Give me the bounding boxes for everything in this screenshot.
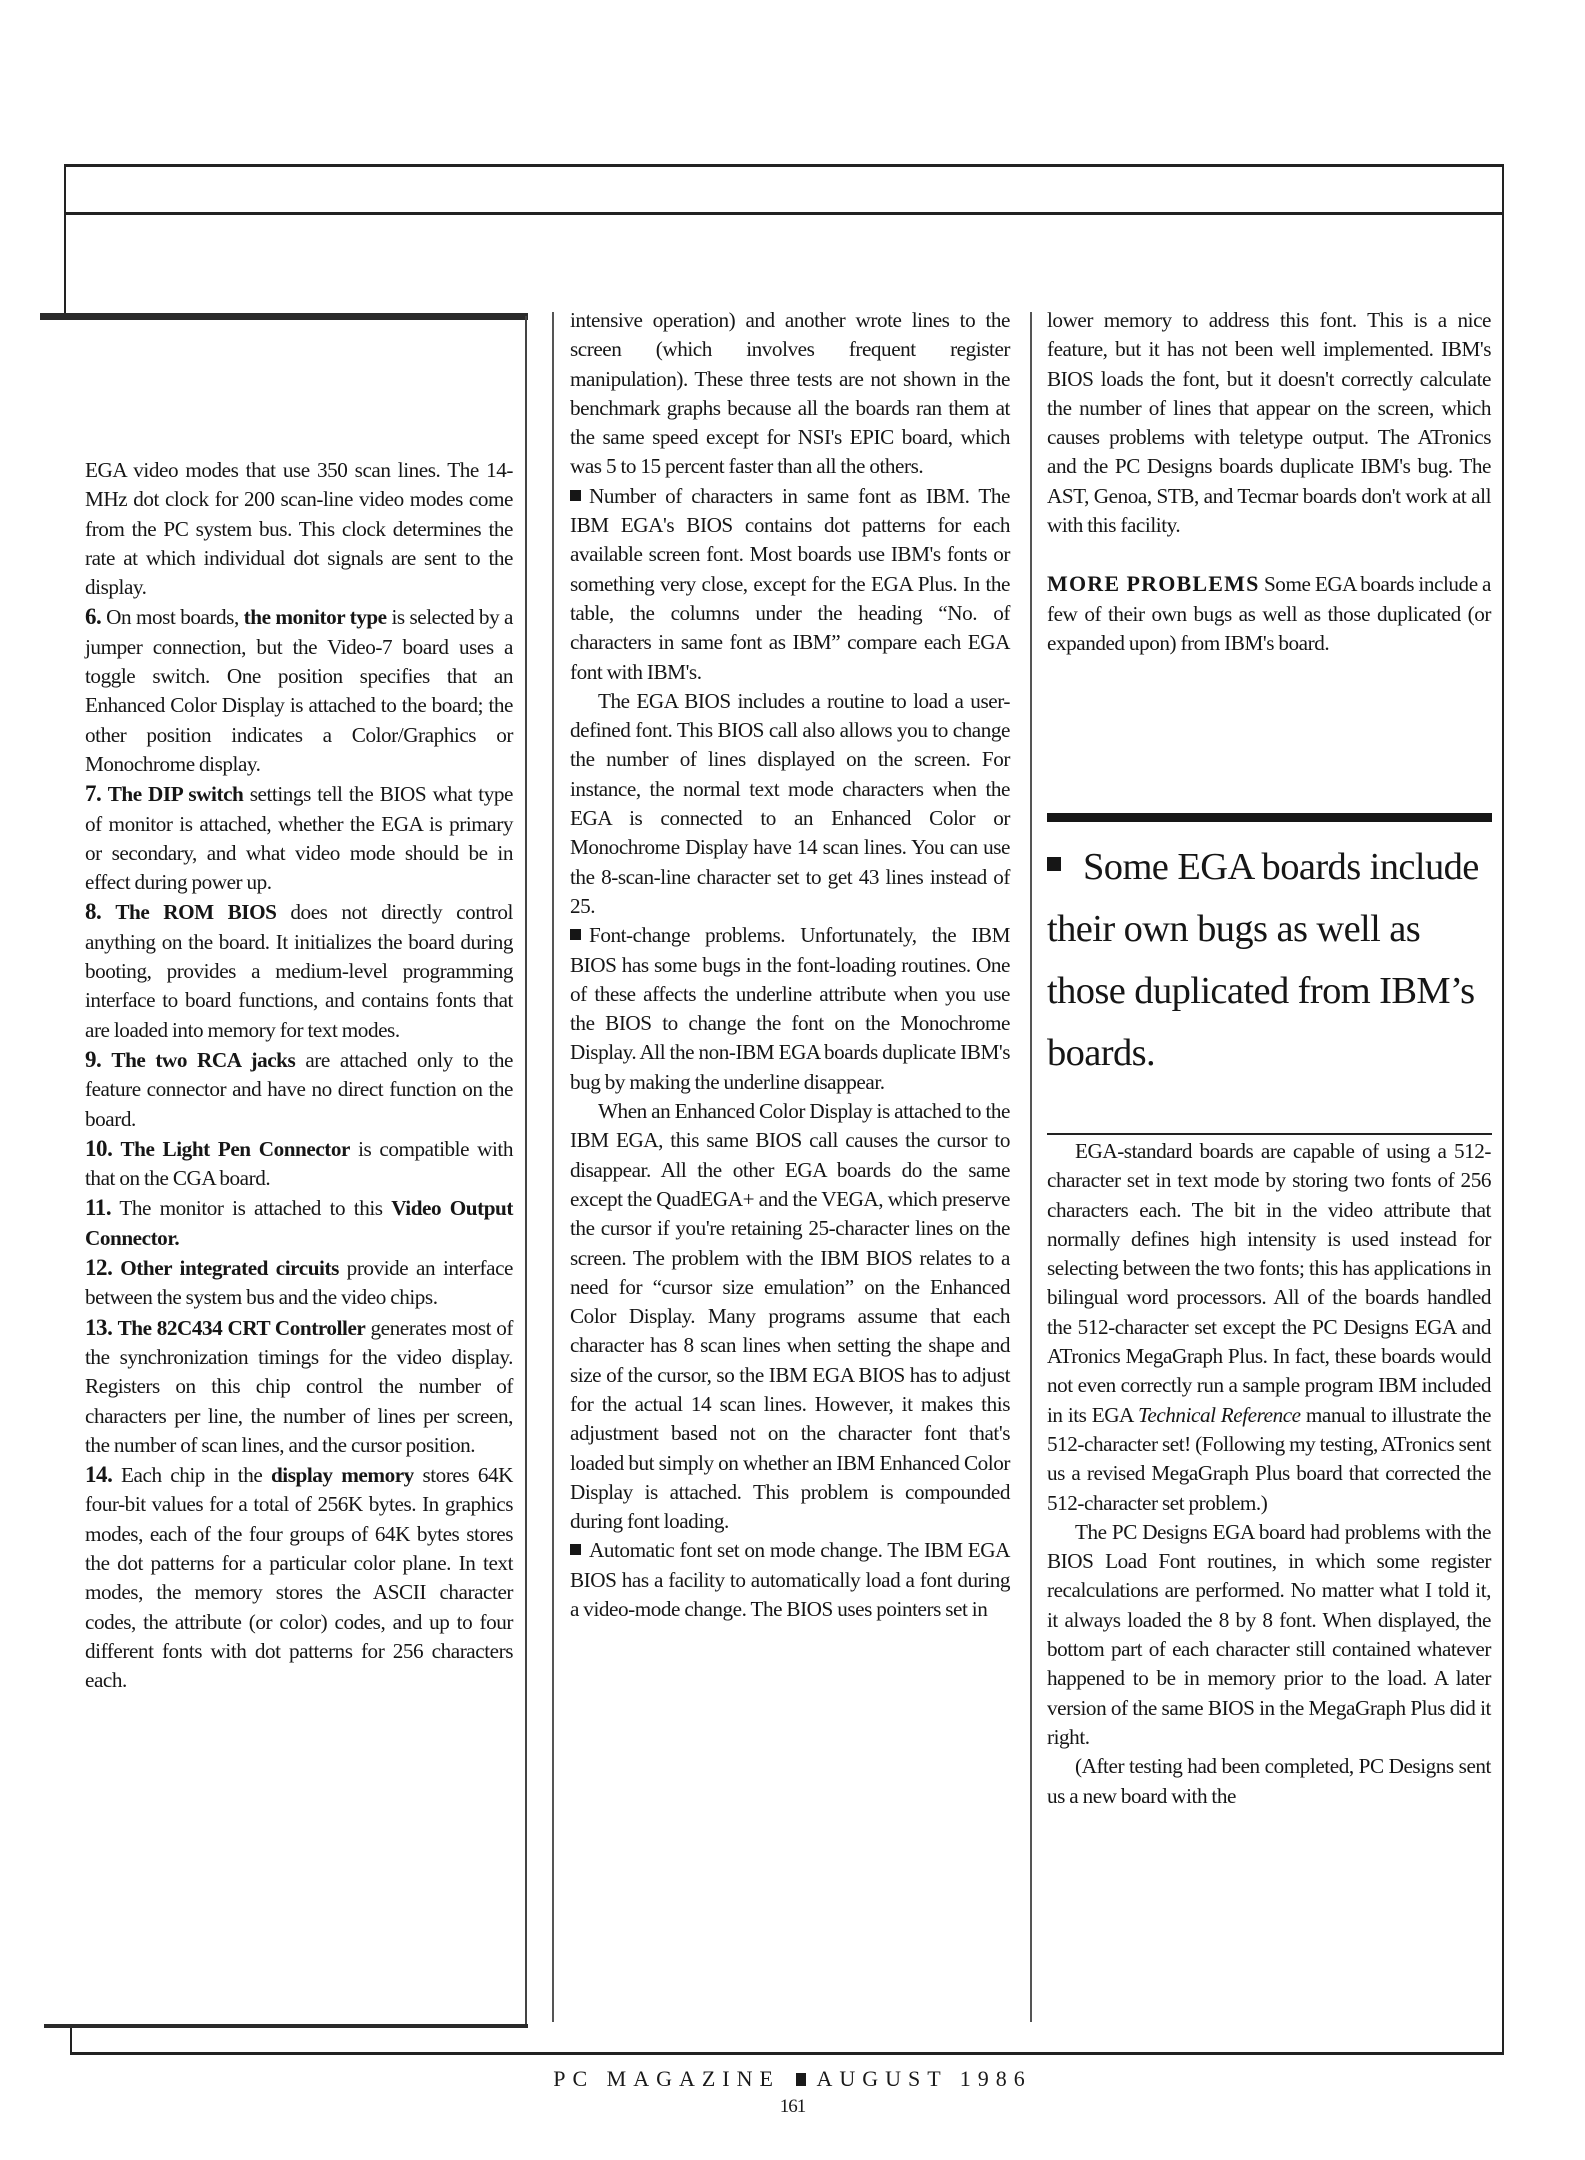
callout-term: The two RCA jacks — [111, 1048, 295, 1072]
section-paragraph: MORE PROBLEMS Some EGA boards include a … — [1047, 569, 1491, 658]
callout-item-12: 12. Other integrated circuits provide an… — [85, 1253, 513, 1313]
sidebar-callout-list: EGA video modes that use 350 scan lines.… — [85, 456, 513, 1695]
issue-date: AUGUST 1986 — [816, 2066, 1031, 2091]
column-divider-1 — [552, 312, 554, 2022]
section-subhead: MORE PROBLEMS — [1047, 571, 1260, 596]
paragraph: lower memory to address this font. This … — [1047, 306, 1491, 540]
article-column-2: intensive operation) and another wrote l… — [570, 306, 1010, 1624]
magazine-name: PC MAGAZINE — [553, 2066, 780, 2091]
callout-number: 6. — [85, 604, 101, 629]
paragraph: When an Enhanced Color Display is attach… — [570, 1097, 1010, 1536]
sidebar-intro: EGA video modes that use 350 scan lines.… — [85, 456, 513, 602]
sidebar-bottom-rule — [44, 2024, 528, 2028]
callout-term: The Light Pen Connector — [121, 1137, 351, 1161]
square-bullet-icon — [570, 929, 581, 940]
callout-item-14: 14. Each chip in the display memory stor… — [85, 1460, 513, 1695]
frame-left-rule — [64, 164, 66, 317]
frame-top-rule — [64, 164, 1504, 167]
callout-number: 12. — [85, 1255, 112, 1280]
frame-header-rule — [64, 212, 1504, 215]
square-bullet-icon — [570, 490, 581, 501]
frame-bottom-rule — [70, 2052, 1504, 2055]
callout-term: The DIP switch — [108, 782, 244, 806]
callout-item-9: 9. The two RCA jacks are attached only t… — [85, 1045, 513, 1134]
paragraph: (After testing had been completed, PC De… — [1047, 1752, 1491, 1811]
callout-number: 9. — [85, 1047, 101, 1072]
article-column-3-continued: EGA-standard boards are capable of using… — [1047, 1137, 1491, 1811]
paragraph: The EGA BIOS includes a routine to load … — [570, 687, 1010, 921]
square-bullet-icon — [1047, 857, 1061, 871]
callout-item-6: 6. On most boards, the monitor type is s… — [85, 602, 513, 779]
callout-number: 7. — [85, 781, 101, 806]
callout-item-7: 7. The DIP switch settings tell the BIOS… — [85, 779, 513, 897]
bullet-paragraph: Font-change problems. Unfortunately, the… — [570, 921, 1010, 1097]
callout-term: the monitor type — [244, 605, 387, 629]
paragraph: The PC Designs EGA board had problems wi… — [1047, 1518, 1491, 1752]
callout-number: 10. — [85, 1136, 112, 1161]
callout-term: The 82C434 CRT Controller — [118, 1316, 366, 1340]
square-bullet-icon — [570, 1544, 581, 1555]
callout-item-8: 8. The ROM BIOS does not directly contro… — [85, 897, 513, 1044]
sidebar-top-rule — [40, 313, 528, 320]
callout-item-11: 11. The monitor is attached to this Vide… — [85, 1193, 513, 1253]
paragraph: intensive operation) and another wrote l… — [570, 306, 1010, 482]
pullquote: Some EGA boards include their own bugs a… — [1047, 836, 1492, 1084]
callout-number: 13. — [85, 1315, 112, 1340]
bullet-paragraph: Automatic font set on mode change. The I… — [570, 1536, 1010, 1624]
column-divider-2 — [1030, 312, 1032, 2022]
callout-number: 14. — [85, 1462, 112, 1487]
callout-number: 8. — [85, 899, 101, 924]
frame-bottom-left-rule — [70, 2025, 72, 2055]
callout-term: The ROM BIOS — [115, 900, 276, 924]
page-number: 161 — [0, 2096, 1585, 2118]
sidebar-right-rule — [525, 316, 527, 2028]
article-column-3: lower memory to address this font. This … — [1047, 306, 1491, 658]
pullquote-bottom-rule — [1047, 1133, 1492, 1135]
bullet-paragraph: Number of characters in same font as IBM… — [570, 482, 1010, 687]
square-bullet-icon — [796, 2073, 806, 2086]
paragraph: EGA-standard boards are capable of using… — [1047, 1137, 1491, 1518]
callout-item-13: 13. The 82C434 CRT Controller generates … — [85, 1313, 513, 1460]
page-footer: PC MAGAZINE AUGUST 1986 — [0, 2066, 1585, 2092]
callout-item-10: 10. The Light Pen Connector is compatibl… — [85, 1134, 513, 1194]
pullquote-text: Some EGA boards include their own bugs a… — [1047, 846, 1479, 1074]
callout-number: 11. — [85, 1195, 111, 1220]
callout-term: Other integrated circuits — [120, 1256, 339, 1280]
frame-right-rule — [1502, 164, 1504, 2055]
callout-term: display memory — [271, 1463, 414, 1487]
book-title: Technical Reference — [1138, 1403, 1301, 1427]
pullquote-top-rule — [1047, 813, 1492, 822]
